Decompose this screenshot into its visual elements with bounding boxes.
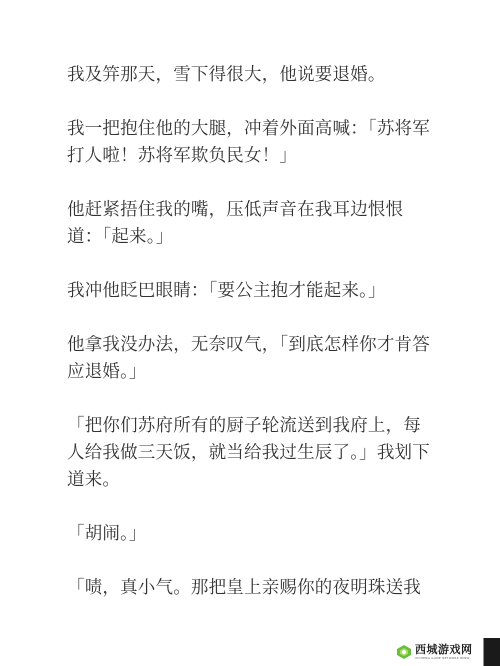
paragraph: 我冲他眨巴眼睛：「要公主抱才能起来。」: [67, 278, 435, 305]
watermark-title: 西城游戏网: [415, 644, 473, 655]
paragraph: 「胡闹。」: [67, 521, 435, 548]
site-watermark: 西城游戏网 XICHENG GAME NETWORK WWW: [390, 638, 500, 666]
paragraph: 我及笄那天，雪下得很大，他说要退婚。: [67, 62, 435, 89]
paragraph: 「把你们苏府所有的厨子轮流送到我府上，每人给我做三天饭，就当给我过生辰了。」我划…: [67, 413, 435, 494]
paragraph: 他拿我没办法，无奈叹气，「到底怎样你才肯答应退婚。」: [67, 332, 435, 386]
watermark-text: 西城游戏网 XICHENG GAME NETWORK WWW: [415, 644, 473, 660]
article-body: 我及笄那天，雪下得很大，他说要退婚。 我一把抱住他的大腿，冲着外面高喊：「苏将军…: [67, 62, 435, 629]
green-gem-logo-icon: [396, 644, 412, 660]
paragraph: 他赶紧捂住我的嘴，压低声音在我耳边恨恨道：「起来。」: [67, 197, 435, 251]
paragraph: 我一把抱住他的大腿，冲着外面高喊：「苏将军打人啦！苏将军欺负民女！」: [67, 116, 435, 170]
paragraph: 「啧，真小气。那把皇上亲赐你的夜明珠送我: [67, 575, 435, 602]
watermark-subtitle: XICHENG GAME NETWORK WWW: [415, 657, 473, 660]
